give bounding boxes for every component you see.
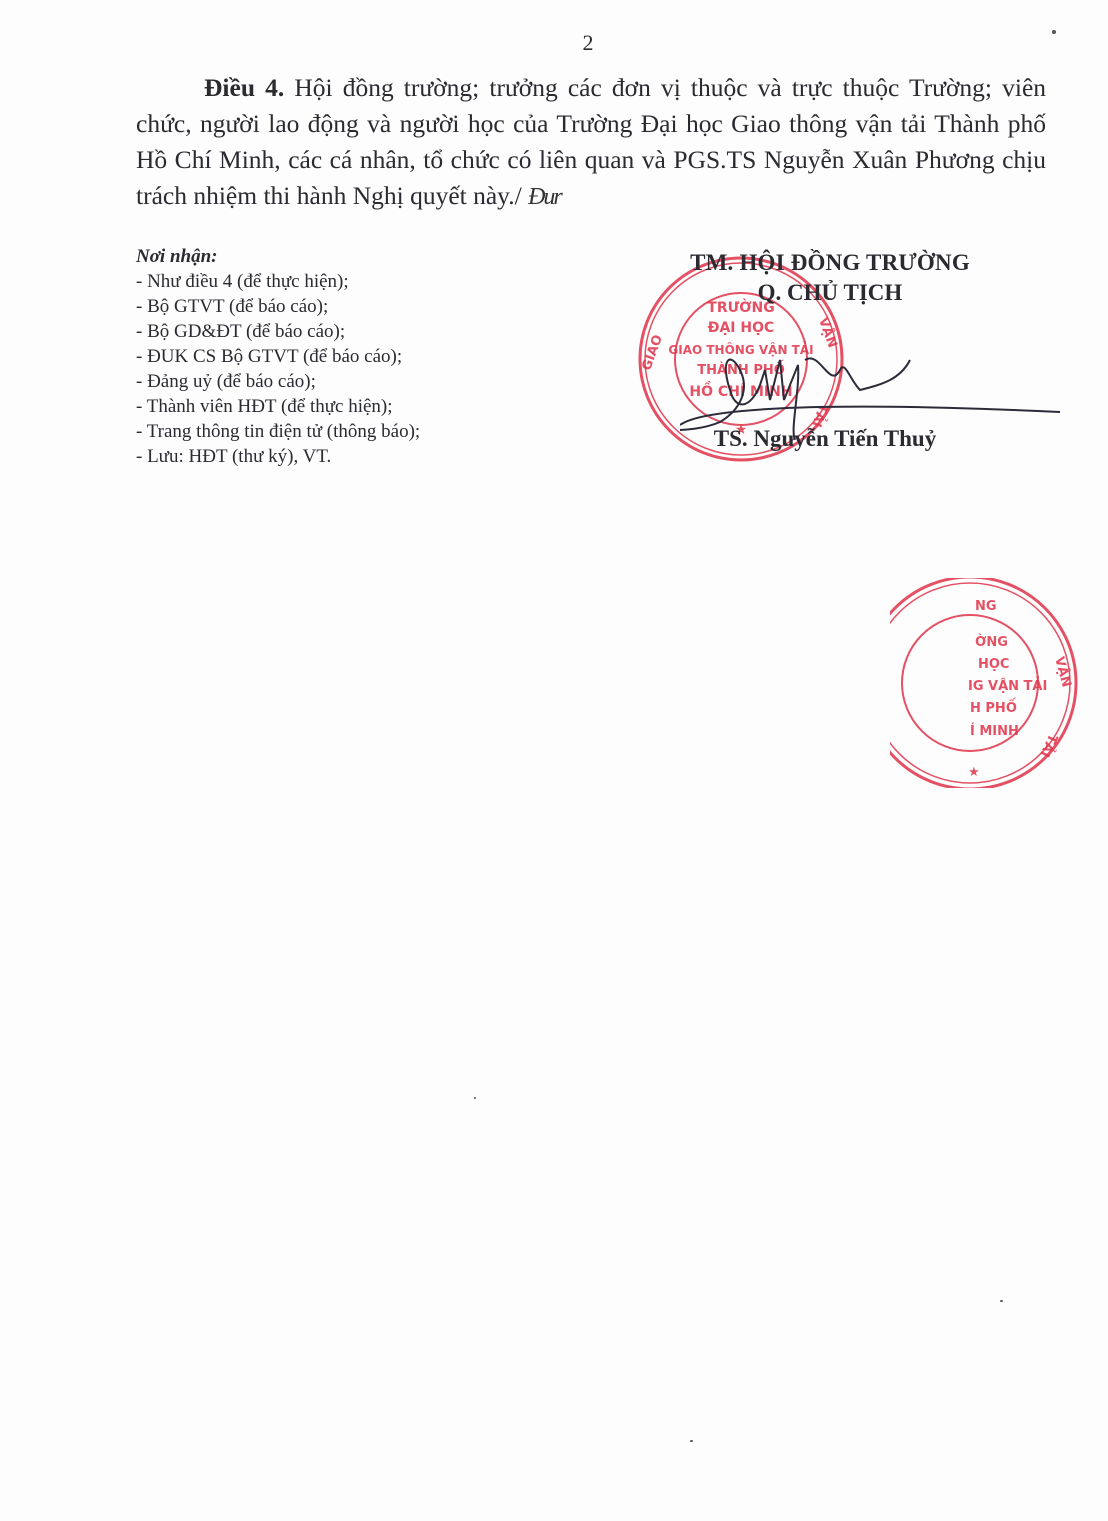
recipient-item: - Bộ GD&ĐT (để báo cáo);: [136, 319, 420, 344]
signing-position: Q. CHỦ TỊCH: [640, 278, 1020, 308]
article-heading: Điều 4.: [204, 73, 284, 102]
recipient-item: - Đảng uỷ (để báo cáo);: [136, 369, 420, 394]
recipient-item: - Trang thông tin điện tử (thông báo);: [136, 419, 420, 444]
recipient-item: - Lưu: HĐT (thư ký), VT.: [136, 444, 420, 469]
svg-text:GIAO THÔNG VẬN TẢI: GIAO THÔNG VẬN TẢI: [668, 341, 813, 357]
svg-text:Í MINH: Í MINH: [970, 723, 1019, 739]
svg-text:H PHỐ: H PHỐ: [970, 698, 1017, 716]
recipient-item: - ĐUK CS Bộ GTVT (để báo cáo);: [136, 344, 420, 369]
recipients-list: Nơi nhận: - Như điều 4 (để thực hiện);- …: [136, 244, 420, 469]
svg-text:ĐẠI HỌC: ĐẠI HỌC: [708, 320, 775, 336]
article-4: Điều 4. Hội đồng trường; trưởng các đơn …: [136, 70, 1046, 215]
svg-text:HỒ CHÍ MINH: HỒ CHÍ MINH: [689, 381, 792, 400]
recipient-item: - Bộ GTVT (để báo cáo);: [136, 294, 420, 319]
svg-text:GIAO: GIAO: [639, 333, 666, 373]
svg-text:IG VẬN TẢI: IG VẬN TẢI: [968, 677, 1047, 694]
signing-organization: TM. HỘI ĐỒNG TRƯỜNG: [640, 248, 1020, 278]
recipient-item: - Như điều 4 (để thực hiện);: [136, 269, 420, 294]
page-number: 2: [0, 30, 1108, 56]
initials-mark: Đur: [528, 184, 561, 210]
partial-seal-icon: NG ỜNG HỌC IG VẬN TẢI H PHỐ Í MINH VẬN T…: [890, 578, 1090, 788]
svg-text:THÀNH PHỐ: THÀNH PHỐ: [697, 360, 785, 378]
signature-block: TM. HỘI ĐỒNG TRƯỜNG Q. CHỦ TỊCH: [640, 248, 1020, 308]
recipient-item: - Thành viên HĐT (để thực hiện);: [136, 394, 420, 419]
svg-text:HỌC: HỌC: [978, 657, 1009, 672]
signer-name: TS. Nguyễn Tiến Thuỷ: [640, 426, 1010, 452]
recipients-title: Nơi nhận:: [136, 244, 420, 269]
svg-text:VẬN: VẬN: [815, 315, 841, 350]
svg-text:VẬN: VẬN: [1051, 655, 1074, 689]
svg-text:★: ★: [968, 765, 980, 780]
svg-text:ỜNG: ỜNG: [975, 634, 1008, 650]
svg-text:TẢI: TẢI: [1036, 731, 1061, 760]
svg-text:NG: NG: [975, 599, 997, 614]
handwritten-signature-icon: [680, 330, 1070, 440]
